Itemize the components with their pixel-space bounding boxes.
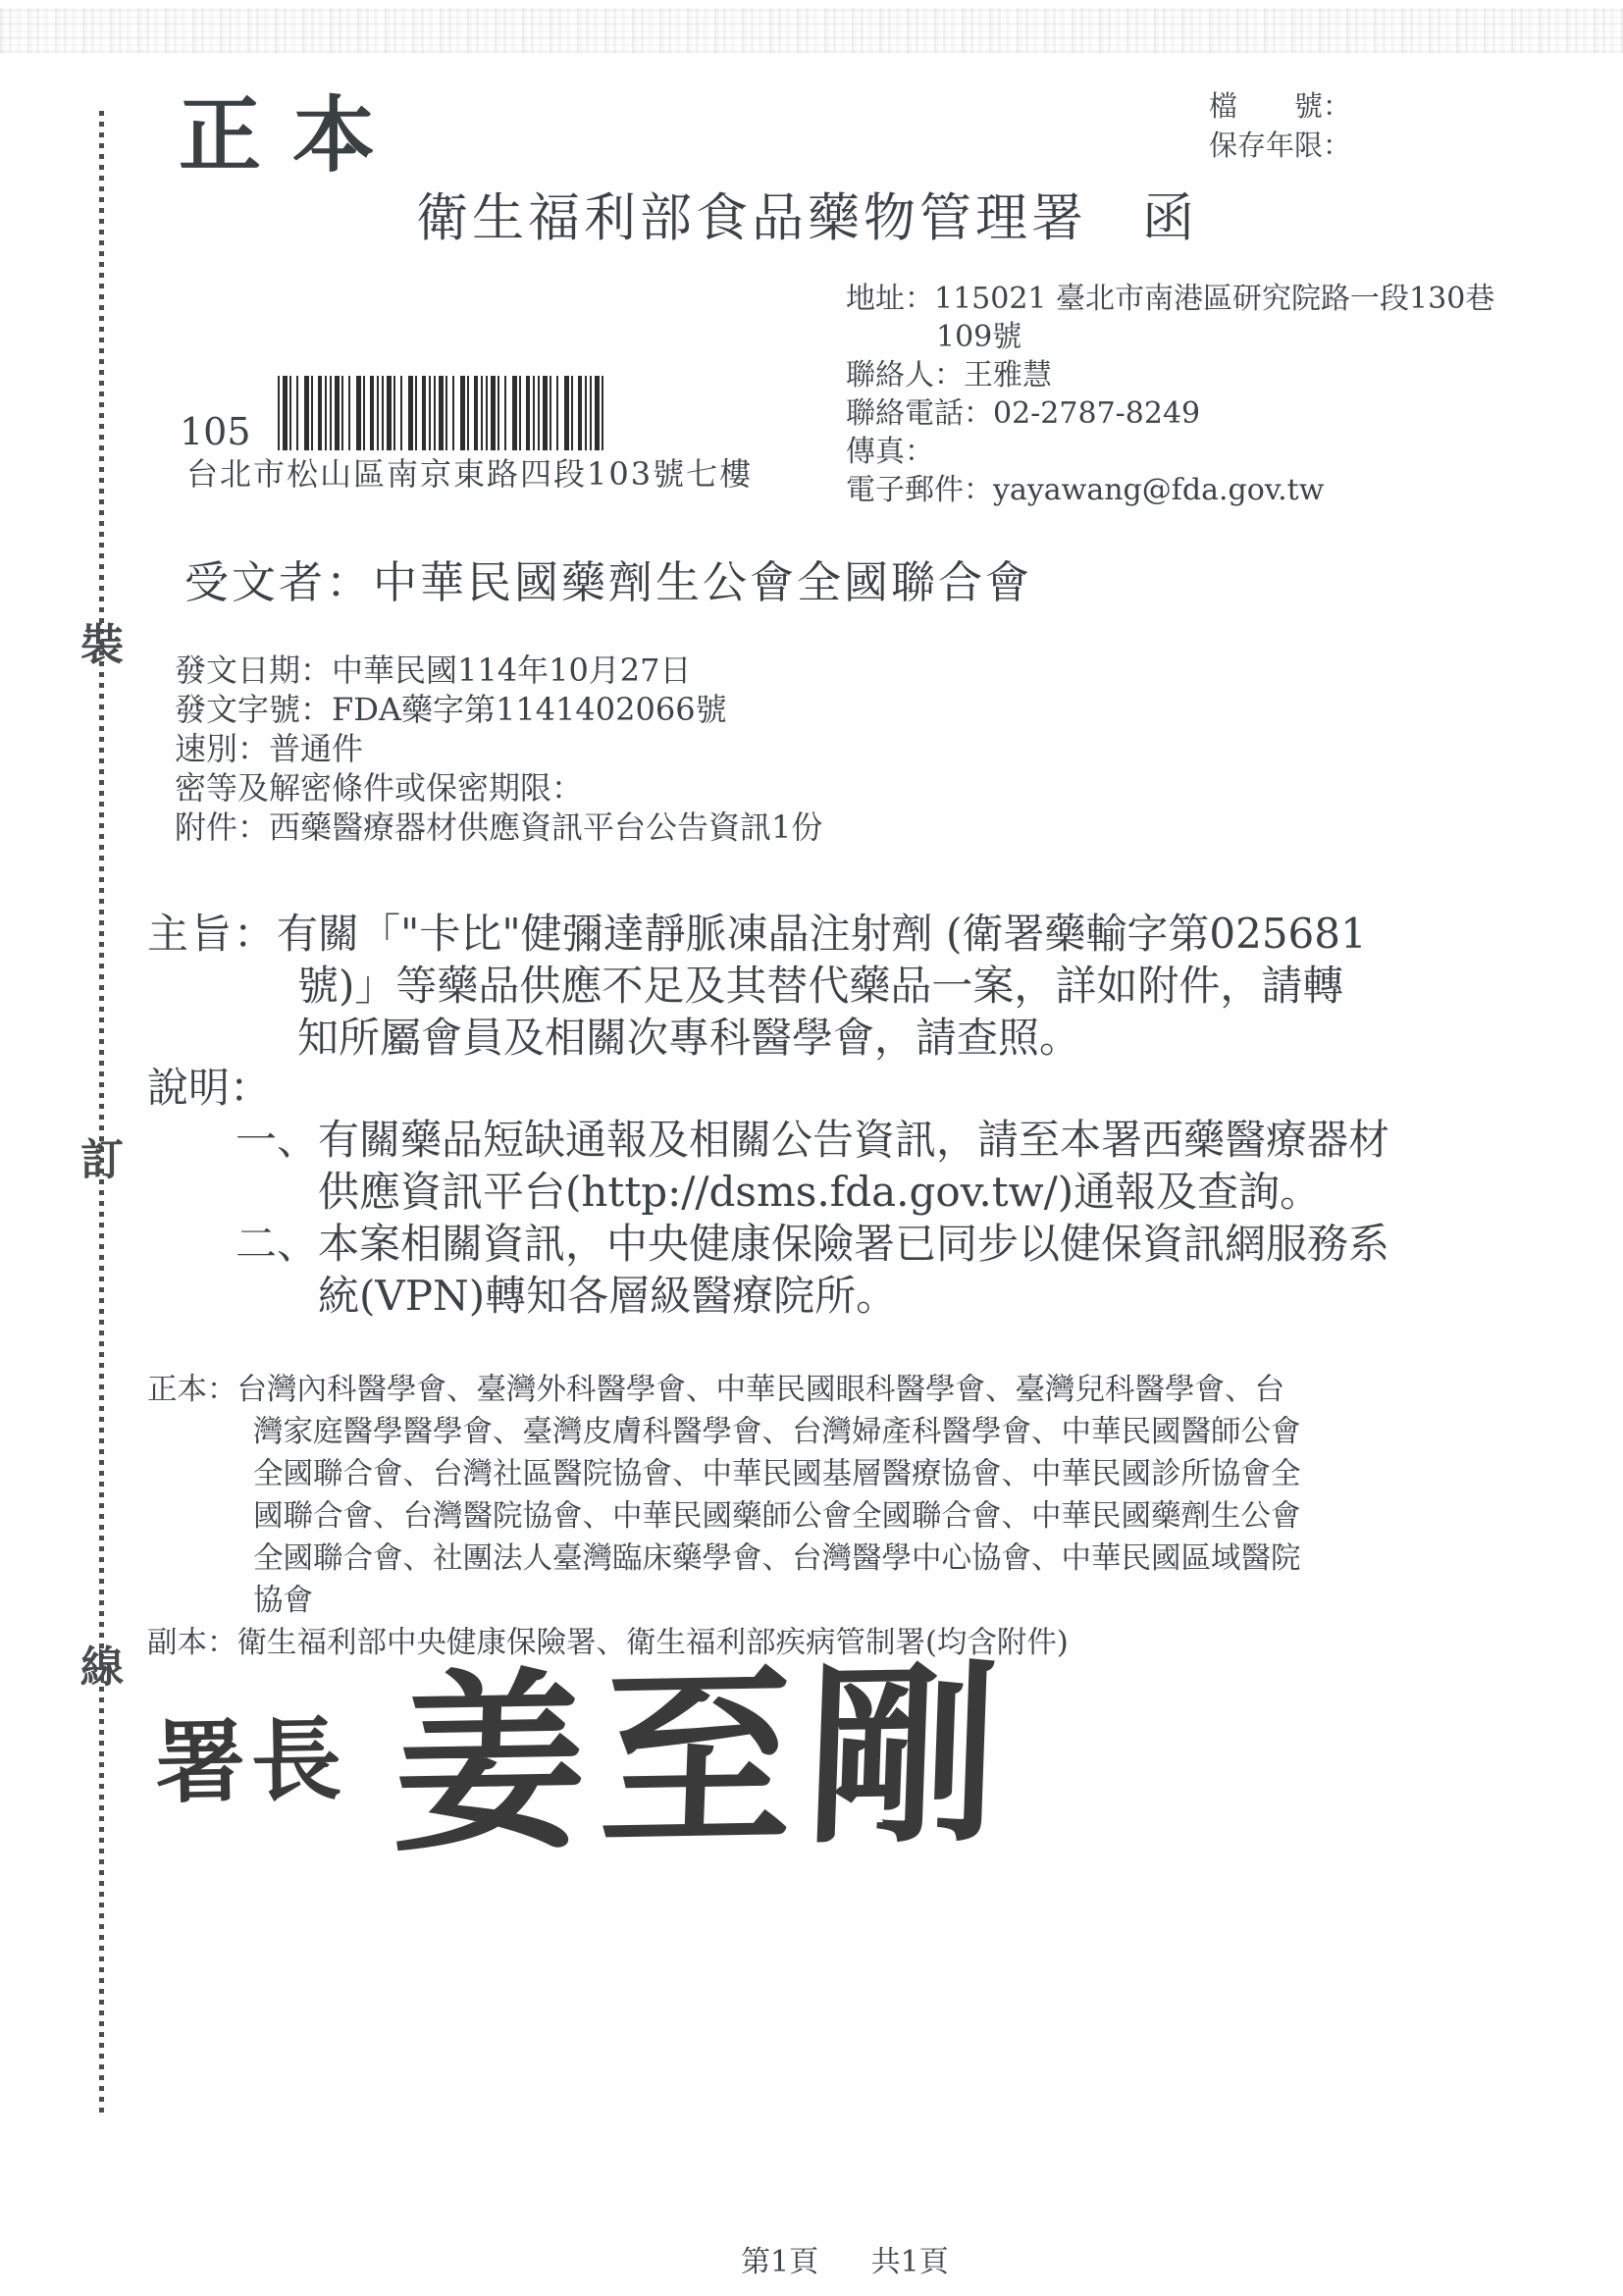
sender-contact-block: 地址：115021 臺北市南港區研究院路一段130巷 109號 聯絡人：王雅慧 …: [846, 280, 1494, 509]
original-text-3: 全國聯合會、台灣社區醫院協會、中華民國基層醫療協會、中華民國診所協會全: [147, 1453, 1301, 1495]
sender-fax: 傳真：: [846, 433, 1494, 471]
issuing-agency-name: 衛生福利部食品藥物管理署: [416, 188, 1087, 248]
subject-text-1: 有關「"卡比"健彌達靜脈凍晶注射劑 (衛署藥輸字第025681: [277, 910, 1367, 958]
scan-noise-artifact: [0, 8, 1623, 53]
subject-block: 主旨：有關「"卡比"健彌達靜脈凍晶注射劑 (衛署藥輸字第025681 號)」等藥…: [147, 908, 1367, 1064]
sender-phone: 聯絡電話：02-2787-8249: [846, 394, 1494, 433]
subject-label: 主旨：: [147, 910, 277, 958]
binding-mark-zhuang: 裝: [79, 624, 126, 667]
original-text-5: 全國聯合會、社團法人臺灣臨床藥學會、台灣醫學中心協會、中華民國區域醫院: [147, 1538, 1301, 1580]
subject-line-1: 主旨：有關「"卡比"健彌達靜脈凍晶注射劑 (衛署藥輸字第025681: [147, 908, 1367, 960]
item1-text-2: 供應資訊平台(http://dsms.fda.gov.tw/)通報及查詢。: [147, 1166, 1389, 1218]
signature-block: 署長 姜至剛: [155, 1653, 1013, 1869]
barcode: [278, 376, 607, 450]
document-type: 函: [1142, 188, 1198, 248]
signature-title: 署長: [154, 1714, 348, 1807]
recipient-line: 受文者：中華民國藥劑生公會全國聯合會: [184, 547, 1032, 610]
meta-issue-date: 發文日期：中華民國114年10月27日: [175, 651, 822, 690]
binding-mark-ding: 訂: [79, 1139, 126, 1182]
explanation-item-1: 一、有關藥品短缺通報及相關公告資訊，請至本署西藥醫療器材: [147, 1114, 1389, 1166]
sender-contact-person: 聯絡人：王雅慧: [846, 356, 1494, 394]
scanned-official-letter: 裝 訂 線 正本 檔 號： 保存年限： 衛生福利部食品藥物管理署函 地址：115…: [0, 0, 1623, 2296]
binding-mark-xian: 線: [79, 1646, 126, 1690]
page-footer: 第1頁 共1頁: [741, 2237, 949, 2280]
footer-total-pages: 共1頁: [871, 2245, 949, 2279]
document-meta-block: 發文日期：中華民國114年10月27日 發文字號：FDA藥字第114140206…: [175, 651, 822, 847]
recipient-postal-code: 105: [180, 410, 251, 453]
footer-current-page: 第1頁: [741, 2245, 818, 2279]
signature-name: 姜至剛: [391, 1648, 1017, 1874]
explanation-label: 說明：: [147, 1062, 1389, 1114]
sender-address-line1: 地址：115021 臺北市南港區研究院路一段130巷: [846, 280, 1494, 318]
item2-text-2: 統(VPN)轉知各層級醫療院所。: [147, 1270, 1389, 1322]
explanation-item-2: 二、本案相關資訊，中央健康保險署已同步以健保資訊網服務系: [147, 1218, 1389, 1270]
meta-attachment: 附件：西藥醫療器材供應資訊平台公告資訊1份: [175, 808, 822, 847]
explanation-block: 說明： 一、有關藥品短缺通報及相關公告資訊，請至本署西藥醫療器材 供應資訊平台(…: [147, 1062, 1389, 1322]
file-number-block: 檔 號： 保存年限：: [1209, 86, 1351, 165]
item2-number: 二、: [236, 1220, 318, 1268]
original-text-6: 協會: [147, 1580, 1301, 1622]
subject-text-3: 知所屬會員及相關次專科醫學會，請查照。: [297, 1012, 1367, 1064]
subject-text-2: 號)」等藥品供應不足及其替代藥品一案，詳如附件，請轉: [297, 960, 1367, 1012]
document-title: 衛生福利部食品藥物管理署函: [416, 186, 1198, 251]
original-text-2: 灣家庭醫學醫學會、臺灣皮膚科醫學會、台灣婦產科醫學會、中華民國醫師公會: [147, 1411, 1301, 1453]
original-text-4: 國聯合會、台灣醫院協會、中華民國藥師公會全國聯合會、中華民國藥劑生公會: [147, 1495, 1301, 1538]
original-text-1: 台灣內科醫學會、臺灣外科醫學會、中華民國眼科醫學會、臺灣兒科醫學會、台: [237, 1373, 1285, 1407]
meta-priority: 速別：普通件: [175, 729, 822, 768]
sender-email: 電子郵件：yayawang@fda.gov.tw: [846, 471, 1494, 509]
item1-text-1: 有關藥品短缺通報及相關公告資訊，請至本署西藥醫療器材: [318, 1116, 1389, 1164]
copy-stamp: 正本: [179, 86, 406, 185]
sender-address-line2: 109號: [846, 318, 1494, 356]
file-no-label: 檔 號：: [1209, 86, 1351, 126]
meta-security: 密等及解密條件或保密期限：: [175, 768, 822, 808]
recipient-street-address: 台北市松山區南京東路四段103號七樓: [186, 449, 753, 495]
distribution-block: 正本：台灣內科醫學會、臺灣外科醫學會、中華民國眼科醫學會、臺灣兒科醫學會、台 灣…: [147, 1369, 1301, 1664]
binding-dotted-line: [99, 111, 104, 2117]
item2-text-1: 本案相關資訊，中央健康保險署已同步以健保資訊網服務系: [318, 1220, 1389, 1268]
original-recipients-line-1: 正本：台灣內科醫學會、臺灣外科醫學會、中華民國眼科醫學會、臺灣兒科醫學會、台: [147, 1369, 1301, 1411]
original-label: 正本：: [147, 1373, 237, 1407]
item1-number: 一、: [236, 1116, 318, 1164]
meta-doc-number: 發文字號：FDA藥字第1141402066號: [175, 690, 822, 729]
retention-label: 保存年限：: [1209, 126, 1351, 165]
